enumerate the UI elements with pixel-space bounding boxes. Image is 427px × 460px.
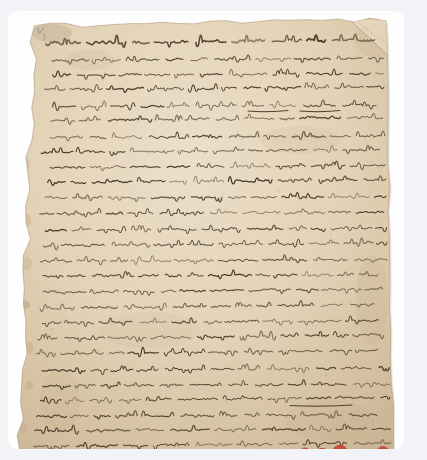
manuscript-photo [8,11,404,449]
manuscript-svg [8,11,404,449]
screenshot-stage [0,0,427,460]
